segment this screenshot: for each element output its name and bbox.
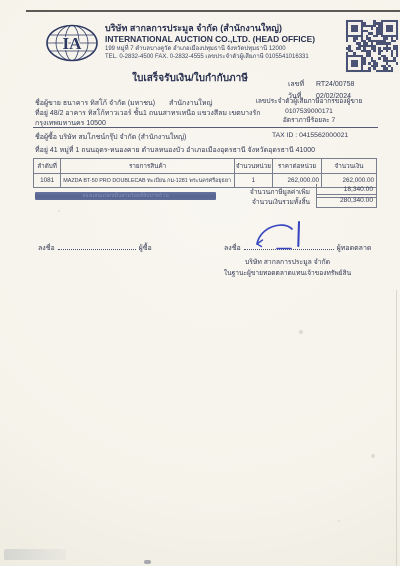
amount-in-words: สองแสนแปดหมื่นสามร้อยสี่สิบบาทถ้วน <box>82 192 169 200</box>
auctioneer-note: ในฐานะผู้ขายทอดตลาดแทนเจ้าของทรัพย์สิน <box>175 267 400 278</box>
scan-mark <box>144 560 151 564</box>
qr-code <box>345 19 399 73</box>
seller-tax-id: 0107539000171 <box>240 107 378 117</box>
company-heading: บริษัท สากลการประมูล จำกัด (สำนักงานใหญ่… <box>105 23 345 62</box>
buyer-name-label: ชื่อผู้ซื้อ <box>35 134 57 141</box>
section-divider <box>33 127 378 128</box>
buyer-name-line: ชื่อผู้ซื้อ บริษัท สมโภชน์กรุ๊ป จำกัด (ส… <box>35 132 186 143</box>
company-address: 199 หมู่ที่ 7 ตำบลบางคูวัด อำเภอเมืองปทุ… <box>105 46 345 54</box>
scan-edge-line <box>26 10 400 12</box>
seller-name: ธนาคาร ทิสโก้ จำกัด (มหาชน) <box>63 100 155 107</box>
seller-vat-rate: อัตราภาษีร้อยละ 7 <box>240 116 378 126</box>
seller-section: ชื่อผู้ขาย ธนาคาร ทิสโก้ จำกัด (มหาชน) ส… <box>35 99 265 129</box>
table-header-row: ลำดับที่ รายการสินค้า จำนวนหน่วย ราคาต่อ… <box>34 159 377 174</box>
buyer-tax-id: TAX ID : 0415562000021 <box>272 132 348 139</box>
buyer-name: บริษัท สมโภชน์กรุ๊ป จำกัด (สำนักงานใหญ่) <box>59 134 186 141</box>
globe-ia-logo-icon: IA <box>45 24 99 62</box>
sign-label-left: ลงชื่อ <box>38 245 55 252</box>
scan-smudge <box>4 549 66 560</box>
signature-dotted-line <box>58 242 136 250</box>
buyer-address: ที่อยู่ 41 หมู่ที่ 1 ถนนอุดร-หนองคาย ตำบ… <box>35 145 315 156</box>
buyer-signature-line: ลงชื่อผู้ซื้อ <box>38 242 152 254</box>
seller-name-line: ชื่อผู้ขาย ธนาคาร ทิสโก้ จำกัด (มหาชน) ส… <box>35 99 265 109</box>
seller-tax-label: เลขประจำตัวผู้เสียภาษีอากรของผู้ขาย <box>240 97 378 107</box>
scanned-receipt-page: IA บริษัท สากลการประมูล จำกัด (สำนักงานใ… <box>0 0 400 566</box>
buyer-role-label: ผู้ซื้อ <box>139 245 152 252</box>
amount-in-words-highlight: สองแสนแปดหมื่นสามร้อยสี่สิบบาทถ้วน <box>35 192 216 200</box>
auctioneer-company-name: บริษัท สากลการประมูล จำกัด <box>195 256 380 267</box>
doc-number-row: เลขที่ RT24/00758 <box>288 79 354 91</box>
total-label: จำนวนเงินรวมทั้งสิ้น <box>252 194 316 208</box>
item-index: 1081 <box>34 174 61 188</box>
col-header-amount: จำนวนเงิน <box>322 159 377 174</box>
seller-address-line1: ที่อยู่ 48/2 อาคาร ทิสโก้ทาวเวอร์ ชั้น1 … <box>35 109 265 119</box>
seller-tax-block: เลขประจำตัวผู้เสียภาษีอากรของผู้ขาย 0107… <box>240 97 378 126</box>
company-name-thai: บริษัท สากลการประมูล จำกัด (สำนักงานใหญ่… <box>105 23 345 34</box>
col-header-quantity: จำนวนหน่วย <box>234 159 272 174</box>
sign-label-right: ลงชื่อ <box>224 245 241 252</box>
doc-number-label: เลขที่ <box>288 79 314 91</box>
company-contact: TEL. 0-2832-4500 FAX. 0-2832-4555 เลขประ… <box>105 54 345 62</box>
paper-specks <box>0 0 2 2</box>
handwritten-signature-icon <box>250 219 312 251</box>
doc-number: RT24/00758 <box>316 81 354 88</box>
svg-text:IA: IA <box>63 34 83 53</box>
col-header-unit-price: ราคาต่อหน่วย <box>272 159 321 174</box>
auctioneer-role-label: ผู้ทอดตลาด <box>337 245 372 252</box>
company-name-english: INTERNATIONAL AUCTION CO.,LTD. (HEAD OFF… <box>105 34 345 45</box>
col-header-description: รายการสินค้า <box>61 159 235 174</box>
seller-branch: สำนักงานใหญ่ <box>169 100 212 107</box>
col-header-index: ลำดับที่ <box>34 159 61 174</box>
seller-name-label: ชื่อผู้ขาย <box>35 100 61 107</box>
total-amount: 280,340.00 <box>316 194 377 208</box>
scan-right-edge <box>396 290 397 566</box>
